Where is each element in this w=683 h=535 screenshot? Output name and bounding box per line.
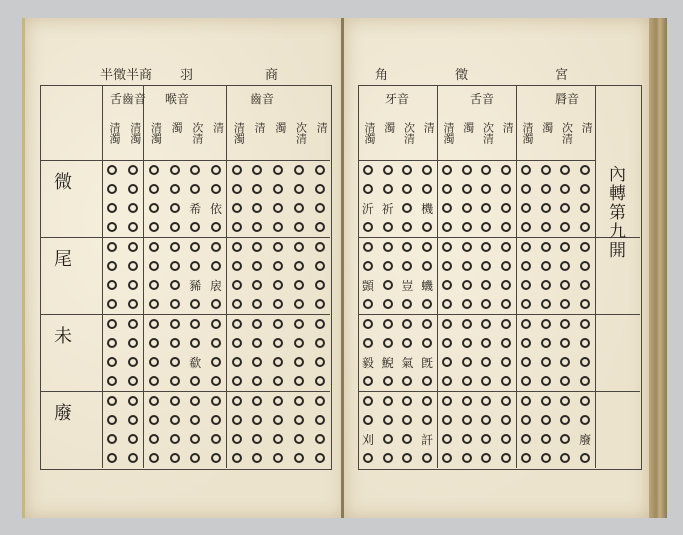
table-cell	[575, 353, 595, 372]
empty-circle-icon	[273, 319, 283, 329]
empty-circle-icon	[402, 338, 412, 348]
empty-circle-icon	[383, 434, 393, 444]
table-cell	[268, 179, 289, 198]
empty-circle-icon	[149, 203, 159, 213]
table-cell	[143, 295, 164, 314]
empty-circle-icon	[294, 165, 304, 175]
table-cell	[378, 430, 398, 449]
empty-circle-icon	[521, 165, 531, 175]
empty-circle-icon	[128, 376, 138, 386]
empty-circle-icon	[232, 165, 242, 175]
rime-character: 扆	[210, 277, 222, 294]
empty-circle-icon	[442, 415, 452, 425]
empty-circle-icon	[273, 280, 283, 290]
table-cell	[457, 391, 477, 410]
table-cell	[226, 314, 247, 333]
empty-circle-icon	[107, 280, 117, 290]
left-column-label: 清濁	[129, 122, 141, 144]
table-cell	[309, 199, 330, 218]
empty-circle-icon	[462, 396, 472, 406]
table-cell	[575, 314, 595, 333]
table-cell	[477, 295, 497, 314]
table-cell	[102, 449, 123, 468]
left-column-label: 清	[253, 122, 265, 133]
table-cell	[185, 256, 206, 275]
right-column-label: 次清	[482, 122, 494, 144]
table-cell	[417, 410, 437, 429]
table-cell	[247, 410, 268, 429]
empty-circle-icon	[521, 453, 531, 463]
table-cell	[358, 314, 378, 333]
table-cell	[309, 391, 330, 410]
rime-character: 刈	[362, 431, 374, 448]
table-cell	[268, 430, 289, 449]
empty-circle-icon	[252, 165, 262, 175]
empty-circle-icon	[481, 319, 491, 329]
table-cell: 蟣	[417, 276, 437, 295]
empty-circle-icon	[580, 338, 590, 348]
table-cell	[289, 430, 310, 449]
table-cell	[206, 353, 227, 372]
empty-circle-icon	[462, 184, 472, 194]
empty-circle-icon	[560, 261, 570, 271]
empty-circle-icon	[211, 165, 221, 175]
empty-circle-icon	[442, 319, 452, 329]
table-cell	[268, 410, 289, 429]
table-cell	[358, 179, 378, 198]
empty-circle-icon	[170, 415, 180, 425]
empty-circle-icon	[541, 165, 551, 175]
empty-circle-icon	[170, 396, 180, 406]
table-cell	[123, 295, 144, 314]
empty-circle-icon	[521, 261, 531, 271]
rime-character: 氣	[401, 354, 413, 371]
table-cell	[477, 179, 497, 198]
table-cell	[536, 160, 556, 179]
empty-circle-icon	[294, 357, 304, 367]
table-cell	[309, 295, 330, 314]
empty-circle-icon	[363, 261, 373, 271]
table-cell	[226, 295, 247, 314]
empty-circle-icon	[211, 434, 221, 444]
table-cell	[398, 410, 418, 429]
table-cell	[536, 430, 556, 449]
table-cell	[123, 430, 144, 449]
table-cell	[378, 295, 398, 314]
table-cell	[268, 353, 289, 372]
empty-circle-icon	[128, 338, 138, 348]
empty-circle-icon	[273, 299, 283, 309]
empty-circle-icon	[107, 184, 117, 194]
table-cell	[123, 333, 144, 352]
table-cell	[536, 276, 556, 295]
empty-circle-icon	[211, 242, 221, 252]
empty-circle-icon	[521, 184, 531, 194]
empty-circle-icon	[541, 357, 551, 367]
table-cell	[143, 430, 164, 449]
empty-circle-icon	[170, 299, 180, 309]
empty-circle-icon	[541, 453, 551, 463]
empty-circle-icon	[273, 261, 283, 271]
empty-circle-icon	[232, 222, 242, 232]
empty-circle-icon	[422, 222, 432, 232]
empty-circle-icon	[315, 396, 325, 406]
right-column-label: 清濁	[363, 122, 375, 144]
table-cell	[516, 160, 536, 179]
empty-circle-icon	[107, 203, 117, 213]
right-column-label: 次清	[561, 122, 573, 144]
empty-circle-icon	[252, 415, 262, 425]
table-cell	[289, 199, 310, 218]
table-cell	[143, 276, 164, 295]
table-cell	[556, 256, 576, 275]
empty-circle-icon	[315, 261, 325, 271]
table-cell	[185, 218, 206, 237]
empty-circle-icon	[442, 338, 452, 348]
table-cell	[143, 199, 164, 218]
table-cell	[102, 160, 123, 179]
table-cell	[398, 314, 418, 333]
table-cell	[536, 179, 556, 198]
table-cell: 豈	[398, 276, 418, 295]
table-cell	[309, 160, 330, 179]
empty-circle-icon	[422, 415, 432, 425]
left-column-label: 濁	[274, 122, 286, 133]
empty-circle-icon	[211, 396, 221, 406]
empty-circle-icon	[560, 376, 570, 386]
table-cell	[477, 160, 497, 179]
empty-circle-icon	[422, 376, 432, 386]
right-top-label: 角	[375, 64, 388, 83]
table-cell	[143, 218, 164, 237]
table-cell	[575, 391, 595, 410]
table-cell	[556, 276, 576, 295]
empty-circle-icon	[315, 299, 325, 309]
table-cell	[378, 333, 398, 352]
rime-character: 毅	[362, 354, 374, 371]
table-cell	[143, 333, 164, 352]
table-cell	[247, 333, 268, 352]
empty-circle-icon	[128, 299, 138, 309]
table-cell	[575, 199, 595, 218]
empty-circle-icon	[190, 319, 200, 329]
empty-circle-icon	[442, 376, 452, 386]
empty-circle-icon	[402, 453, 412, 463]
table-cell	[536, 391, 556, 410]
table-cell	[417, 372, 437, 391]
empty-circle-icon	[294, 280, 304, 290]
rime-character: 機	[421, 200, 433, 217]
empty-circle-icon	[363, 299, 373, 309]
table-cell	[206, 372, 227, 391]
empty-circle-icon	[560, 184, 570, 194]
table-cell	[102, 314, 123, 333]
table-cell	[536, 449, 556, 468]
table-cell	[309, 276, 330, 295]
table-cell	[185, 295, 206, 314]
table-cell	[575, 449, 595, 468]
table-cell	[226, 430, 247, 449]
empty-circle-icon	[170, 184, 180, 194]
side-title: 內轉第九開	[603, 165, 628, 260]
table-cell: 欷	[185, 353, 206, 372]
table-cell	[378, 160, 398, 179]
right-top-label: 宮	[555, 64, 568, 83]
table-cell: 旣	[417, 353, 437, 372]
empty-circle-icon	[232, 415, 242, 425]
empty-circle-icon	[232, 396, 242, 406]
empty-circle-icon	[252, 319, 262, 329]
empty-circle-icon	[149, 396, 159, 406]
empty-circle-icon	[170, 357, 180, 367]
table-cell	[164, 353, 185, 372]
empty-circle-icon	[580, 396, 590, 406]
table-cell	[556, 237, 576, 256]
right-column-label: 清	[422, 122, 434, 133]
empty-circle-icon	[560, 242, 570, 252]
table-cell	[398, 333, 418, 352]
empty-circle-icon	[481, 376, 491, 386]
table-cell	[226, 179, 247, 198]
empty-circle-icon	[294, 434, 304, 444]
table-cell	[309, 179, 330, 198]
table-cell	[556, 199, 576, 218]
table-cell	[556, 449, 576, 468]
empty-circle-icon	[149, 415, 159, 425]
table-cell	[143, 237, 164, 256]
empty-circle-icon	[232, 203, 242, 213]
table-cell	[102, 372, 123, 391]
empty-circle-icon	[128, 415, 138, 425]
empty-circle-icon	[580, 415, 590, 425]
empty-circle-icon	[315, 280, 325, 290]
empty-circle-icon	[363, 338, 373, 348]
table-cell	[268, 160, 289, 179]
empty-circle-icon	[560, 165, 570, 175]
table-cell	[516, 199, 536, 218]
table-cell	[247, 353, 268, 372]
table-cell	[398, 372, 418, 391]
table-cell	[437, 237, 457, 256]
table-cell	[247, 372, 268, 391]
empty-circle-icon	[128, 453, 138, 463]
empty-circle-icon	[402, 415, 412, 425]
table-cell	[206, 218, 227, 237]
table-cell	[516, 295, 536, 314]
empty-circle-icon	[442, 261, 452, 271]
empty-circle-icon	[315, 357, 325, 367]
table-cell	[378, 372, 398, 391]
empty-circle-icon	[211, 261, 221, 271]
table-cell	[268, 295, 289, 314]
table-cell	[437, 160, 457, 179]
table-cell	[496, 256, 516, 275]
table-cell	[477, 199, 497, 218]
table-cell	[143, 410, 164, 429]
table-cell: 依	[206, 199, 227, 218]
table-cell	[358, 160, 378, 179]
table-cell	[164, 179, 185, 198]
table-cell	[358, 256, 378, 275]
table-cell	[496, 179, 516, 198]
table-cell	[575, 218, 595, 237]
left-section-header: 喉音	[165, 90, 189, 107]
table-cell	[457, 256, 477, 275]
table-cell	[457, 218, 477, 237]
rime-character: 欷	[189, 354, 201, 371]
empty-circle-icon	[580, 242, 590, 252]
empty-circle-icon	[501, 319, 511, 329]
table-cell	[477, 256, 497, 275]
table-cell	[289, 276, 310, 295]
table-cell	[289, 237, 310, 256]
empty-circle-icon	[294, 242, 304, 252]
empty-circle-icon	[107, 453, 117, 463]
empty-circle-icon	[273, 165, 283, 175]
table-cell	[143, 256, 164, 275]
table-cell	[185, 430, 206, 449]
table-cell	[457, 333, 477, 352]
table-cell	[247, 237, 268, 256]
table-cell	[268, 237, 289, 256]
table-cell	[556, 430, 576, 449]
table-cell	[575, 160, 595, 179]
table-cell	[496, 314, 516, 333]
empty-circle-icon	[422, 184, 432, 194]
empty-circle-icon	[383, 242, 393, 252]
empty-circle-icon	[560, 453, 570, 463]
empty-circle-icon	[541, 222, 551, 232]
table-cell	[417, 218, 437, 237]
empty-circle-icon	[170, 338, 180, 348]
empty-circle-icon	[211, 453, 221, 463]
rime-character: 依	[210, 200, 222, 217]
empty-circle-icon	[149, 280, 159, 290]
empty-circle-icon	[211, 184, 221, 194]
table-cell	[164, 314, 185, 333]
table-cell	[358, 410, 378, 429]
empty-circle-icon	[422, 165, 432, 175]
empty-circle-icon	[580, 376, 590, 386]
table-cell	[123, 410, 144, 429]
table-cell	[268, 218, 289, 237]
empty-circle-icon	[442, 434, 452, 444]
table-cell	[556, 410, 576, 429]
empty-circle-icon	[273, 184, 283, 194]
table-cell	[398, 391, 418, 410]
empty-circle-icon	[422, 396, 432, 406]
table-cell	[457, 410, 477, 429]
table-cell	[185, 314, 206, 333]
table-cell: 鯢	[378, 353, 398, 372]
empty-circle-icon	[128, 222, 138, 232]
empty-circle-icon	[149, 299, 159, 309]
empty-circle-icon	[580, 299, 590, 309]
table-cell	[143, 391, 164, 410]
table-cell	[378, 179, 398, 198]
right-section-header: 牙音	[385, 90, 409, 107]
table-cell	[457, 353, 477, 372]
table-cell	[226, 276, 247, 295]
empty-circle-icon	[462, 338, 472, 348]
empty-circle-icon	[481, 261, 491, 271]
table-cell	[358, 295, 378, 314]
right-top-label: 徵	[455, 64, 468, 83]
empty-circle-icon	[442, 222, 452, 232]
table-cell	[226, 160, 247, 179]
empty-circle-icon	[107, 242, 117, 252]
table-cell	[102, 353, 123, 372]
table-cell	[268, 199, 289, 218]
table-cell	[457, 179, 477, 198]
empty-circle-icon	[442, 299, 452, 309]
empty-circle-icon	[521, 376, 531, 386]
empty-circle-icon	[541, 280, 551, 290]
empty-circle-icon	[501, 396, 511, 406]
table-cell	[309, 353, 330, 372]
empty-circle-icon	[541, 319, 551, 329]
table-cell	[247, 179, 268, 198]
empty-circle-icon	[501, 453, 511, 463]
empty-circle-icon	[232, 261, 242, 271]
table-cell	[437, 353, 457, 372]
table-cell	[102, 391, 123, 410]
empty-circle-icon	[149, 453, 159, 463]
table-cell	[437, 333, 457, 352]
table-cell	[289, 295, 310, 314]
table-cell	[457, 372, 477, 391]
empty-circle-icon	[190, 434, 200, 444]
empty-circle-icon	[128, 242, 138, 252]
empty-circle-icon	[481, 184, 491, 194]
table-cell	[417, 314, 437, 333]
empty-circle-icon	[149, 165, 159, 175]
empty-circle-icon	[315, 319, 325, 329]
table-cell	[309, 410, 330, 429]
empty-circle-icon	[521, 222, 531, 232]
table-cell	[268, 333, 289, 352]
table-cell	[437, 449, 457, 468]
table-cell	[164, 256, 185, 275]
empty-circle-icon	[580, 222, 590, 232]
empty-circle-icon	[481, 222, 491, 232]
table-cell	[268, 449, 289, 468]
empty-circle-icon	[462, 357, 472, 367]
rime-character: 廢	[579, 431, 591, 448]
empty-circle-icon	[149, 338, 159, 348]
table-cell	[102, 237, 123, 256]
empty-circle-icon	[541, 415, 551, 425]
empty-circle-icon	[170, 203, 180, 213]
empty-circle-icon	[501, 242, 511, 252]
table-cell	[226, 353, 247, 372]
table-cell	[536, 353, 556, 372]
empty-circle-icon	[462, 299, 472, 309]
empty-circle-icon	[383, 453, 393, 463]
empty-circle-icon	[442, 203, 452, 213]
empty-circle-icon	[402, 396, 412, 406]
table-cell	[206, 430, 227, 449]
table-cell	[556, 295, 576, 314]
empty-circle-icon	[273, 434, 283, 444]
empty-circle-icon	[170, 222, 180, 232]
empty-circle-icon	[541, 299, 551, 309]
empty-circle-icon	[128, 319, 138, 329]
empty-circle-icon	[273, 222, 283, 232]
table-cell	[477, 410, 497, 429]
empty-circle-icon	[422, 242, 432, 252]
table-cell	[378, 237, 398, 256]
